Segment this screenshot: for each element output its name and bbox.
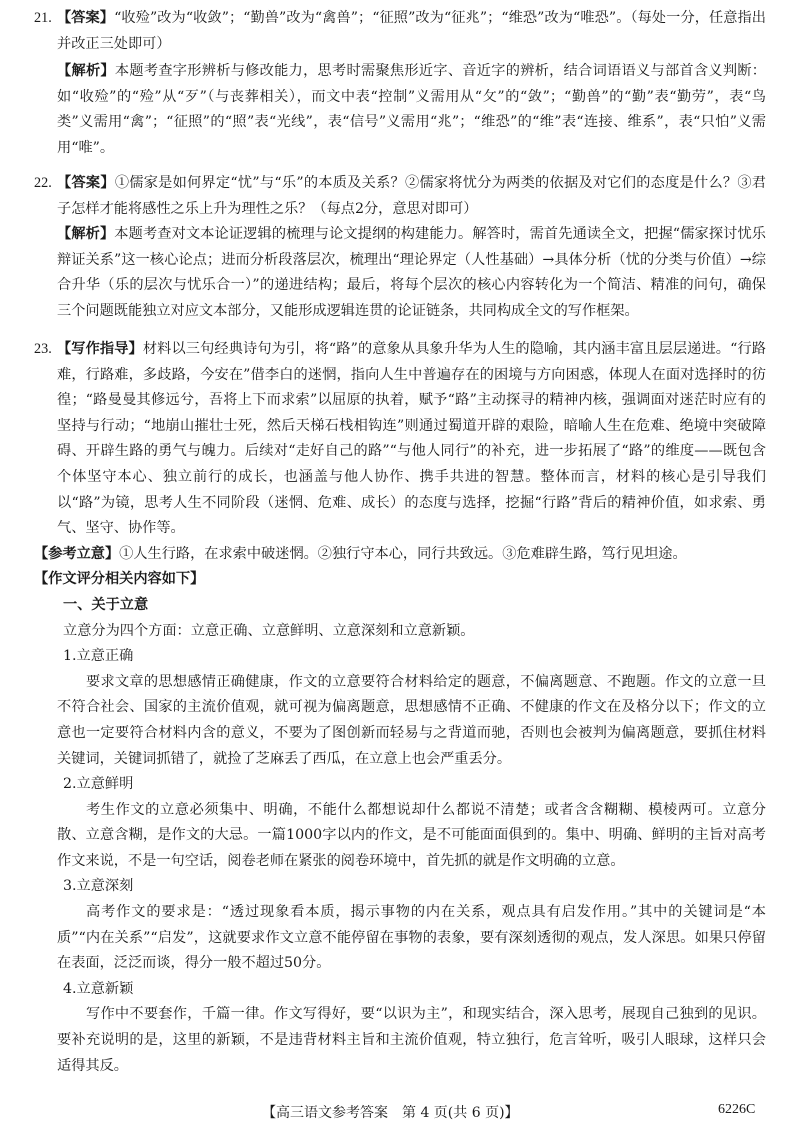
q23-guide: 23. 【写作指导】材料以三句经典诗句为引，将“路”的意象从具象升华为人生的隐喻… [34,337,766,542]
answer-key-page: 21. 【答案】“收殓”改为“收敛”；“勤兽”改为“禽兽”；“征照”改为“征兆”… [0,0,800,1136]
q21-answer: 21. 【答案】“收殓”改为“收敛”；“勤兽”改为“禽兽”；“征照”改为“征兆”… [34,6,766,57]
q23-number: 23. [34,337,52,363]
q21-analysis: 【解析】本题考查字形辨析与修改能力，思考时需聚焦形近字、音近字的辨析，结合词语语… [34,59,766,161]
q23-guide-tag: 【写作指导】 [57,341,143,357]
item-2-body: 考生作文的立意必须集中、明确，不能什么都想说却什么都说不清楚；或者含含糊糊、模棱… [34,798,766,875]
q21-answer-text: “收殓”改为“收敛”；“勤兽”改为“禽兽”；“征照”改为“征兆”；“维恐”改为“… [57,10,766,52]
footer-page-info: 【高三语文参考答案 第 4 页(共 6 页)】 [262,1102,519,1122]
q23-reference-tag: 【参考立意】 [34,546,119,562]
q22-answer: 22. 【答案】①儒家是如何界定“忧”与“乐”的本质及关系？②儒家将忧分为两类的… [34,171,766,222]
item-4-title: 4.立意新颖 [11,977,766,1003]
item-4-body: 写作中不要套作，千篇一律。作文写得好，要“以识为主”，和现实结合，深入思考，展现… [34,1002,766,1079]
q22-analysis-tag: 【解析】 [57,226,114,242]
item-2-title: 2.立意鲜明 [11,772,766,798]
item-1-title: 1.立意正确 [11,644,766,670]
q21-number: 21. [34,6,52,32]
q22-number: 22. [34,171,52,197]
q22-analysis-text: 本题考查对文本论证逻辑的梳理与论文提纲的构建能力。解答时，需首先通读全文，把握“… [57,226,766,319]
item-3-title: 3.立意深刻 [11,874,766,900]
item-1-body: 要求文章的思想感情正确健康，作文的立意要符合材料给定的题意，不偏离题意、不跑题。… [34,670,766,772]
question-22: 22. 【答案】①儒家是如何界定“忧”与“乐”的本质及关系？②儒家将忧分为两类的… [34,171,766,325]
q22-answer-text: ①儒家是如何界定“忧”与“乐”的本质及关系？②儒家将忧分为两类的依据及对它们的态… [57,175,766,217]
q21-analysis-text: 本题考查字形辨析与修改能力，思考时需聚焦形近字、音近字的辨析，结合词语语义与部首… [57,63,766,156]
item-3-body: 高考作文的要求是：“透过现象看本质，揭示事物的内在关系，观点具有启发作用。”其中… [34,900,766,977]
section-1-title: 一、关于立意 [11,593,766,619]
q21-analysis-tag: 【解析】 [57,63,115,79]
q23-reference-theme: 【参考立意】①人生行路，在求索中破迷惘。②独行守本心，同行共致远。③危难辟生路，… [11,542,766,568]
q23-guide-text: 材料以三句经典诗句为引，将“路”的意象从具象升华为人生的隐喻，其内涵丰富且层层递… [57,341,766,536]
q23-reference-text: ①人生行路，在求索中破迷惘。②独行守本心，同行共致远。③危难辟生路，笃行见坦途。 [119,546,687,562]
scoring-heading: 【作文评分相关内容如下】 [11,567,766,593]
q21-answer-tag: 【答案】 [57,10,114,26]
q22-answer-tag: 【答案】 [57,175,115,191]
footer-code: 6226C [718,1102,755,1118]
section-1-intro: 立意分为四个方面：立意正确、立意鲜明、立意深刻和立意新颖。 [11,619,766,645]
q22-analysis: 【解析】本题考查对文本论证逻辑的梳理与论文提纲的构建能力。解答时，需首先通读全文… [34,222,766,324]
question-23: 23. 【写作指导】材料以三句经典诗句为引，将“路”的意象从具象升华为人生的隐喻… [34,337,766,1079]
question-21: 21. 【答案】“收殓”改为“收敛”；“勤兽”改为“禽兽”；“征照”改为“征兆”… [34,6,766,162]
